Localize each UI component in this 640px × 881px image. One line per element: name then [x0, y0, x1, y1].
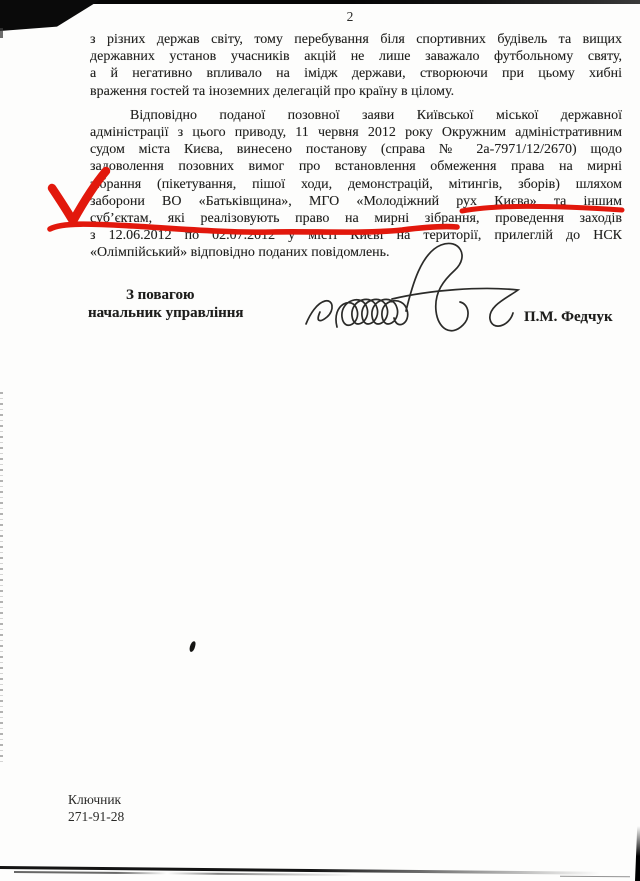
- text-line: враження гостей та іноземних делегацій п…: [90, 83, 622, 100]
- scan-corner-nub-artifact: [0, 28, 3, 38]
- text-line: державних установ учасників акцій не лиш…: [90, 48, 622, 65]
- document-body: з різних держав світу, тому перебування …: [90, 31, 622, 262]
- paragraph-1: з різних держав світу, тому перебування …: [90, 31, 622, 100]
- closing-block: З повагою начальник управління: [88, 287, 244, 322]
- text-line: «Олімпійський» відповідно поданих повідо…: [90, 244, 622, 261]
- footer-phone: 271-91-28: [68, 809, 124, 826]
- text-line: зібрання (пікетування, пішої ходи, демон…: [90, 176, 622, 193]
- scan-left-edge-noise: [0, 392, 3, 764]
- text-line: з 12.06.2012 по 02.07.2012 у місті Києві…: [90, 227, 622, 244]
- ink-mark: [189, 641, 197, 653]
- scan-corner-artifact: [0, 0, 100, 31]
- text-line: з різних держав світу, тому перебування …: [90, 31, 622, 48]
- text-line: суб’єктам, які реалізовують право на мир…: [90, 210, 622, 227]
- scan-bottom-edge-line-2: [14, 871, 354, 876]
- closing-title: начальник управління: [88, 305, 244, 323]
- text-line: адміністрації з цього приводу, 11 червня…: [90, 124, 622, 141]
- scan-right-edge-artifact: [635, 826, 640, 881]
- text-line: а й негативно впливало на імідж держави,…: [90, 65, 622, 82]
- signature-initial-stroke: [306, 301, 332, 324]
- scan-bottom-edge-line-3: [560, 876, 630, 878]
- signer-name: П.М. Федчук: [524, 309, 613, 326]
- page-number: 2: [330, 9, 370, 25]
- scanned-document-page: 2 з різних держав світу, тому перебуванн…: [0, 0, 640, 881]
- text-line: судом міста Києва, винесено постанову (с…: [90, 141, 622, 158]
- footer-executor: Ключник: [68, 792, 124, 809]
- paragraph-2: Відповідно поданої позовної заяви Київсь…: [90, 107, 622, 262]
- footer-block: Ключник 271-91-28: [68, 792, 124, 825]
- text-line: заборони ВО «Батьківщина», МГО «Молодіжн…: [90, 193, 622, 210]
- closing-salutation: З повагою: [88, 287, 244, 305]
- signature-strike-flourish: [392, 288, 518, 326]
- text-line: Відповідно поданої позовної заяви Київсь…: [90, 107, 622, 124]
- text-line: задоволення позовних вимог про встановле…: [90, 158, 622, 175]
- signature-loop-chain: [336, 299, 408, 327]
